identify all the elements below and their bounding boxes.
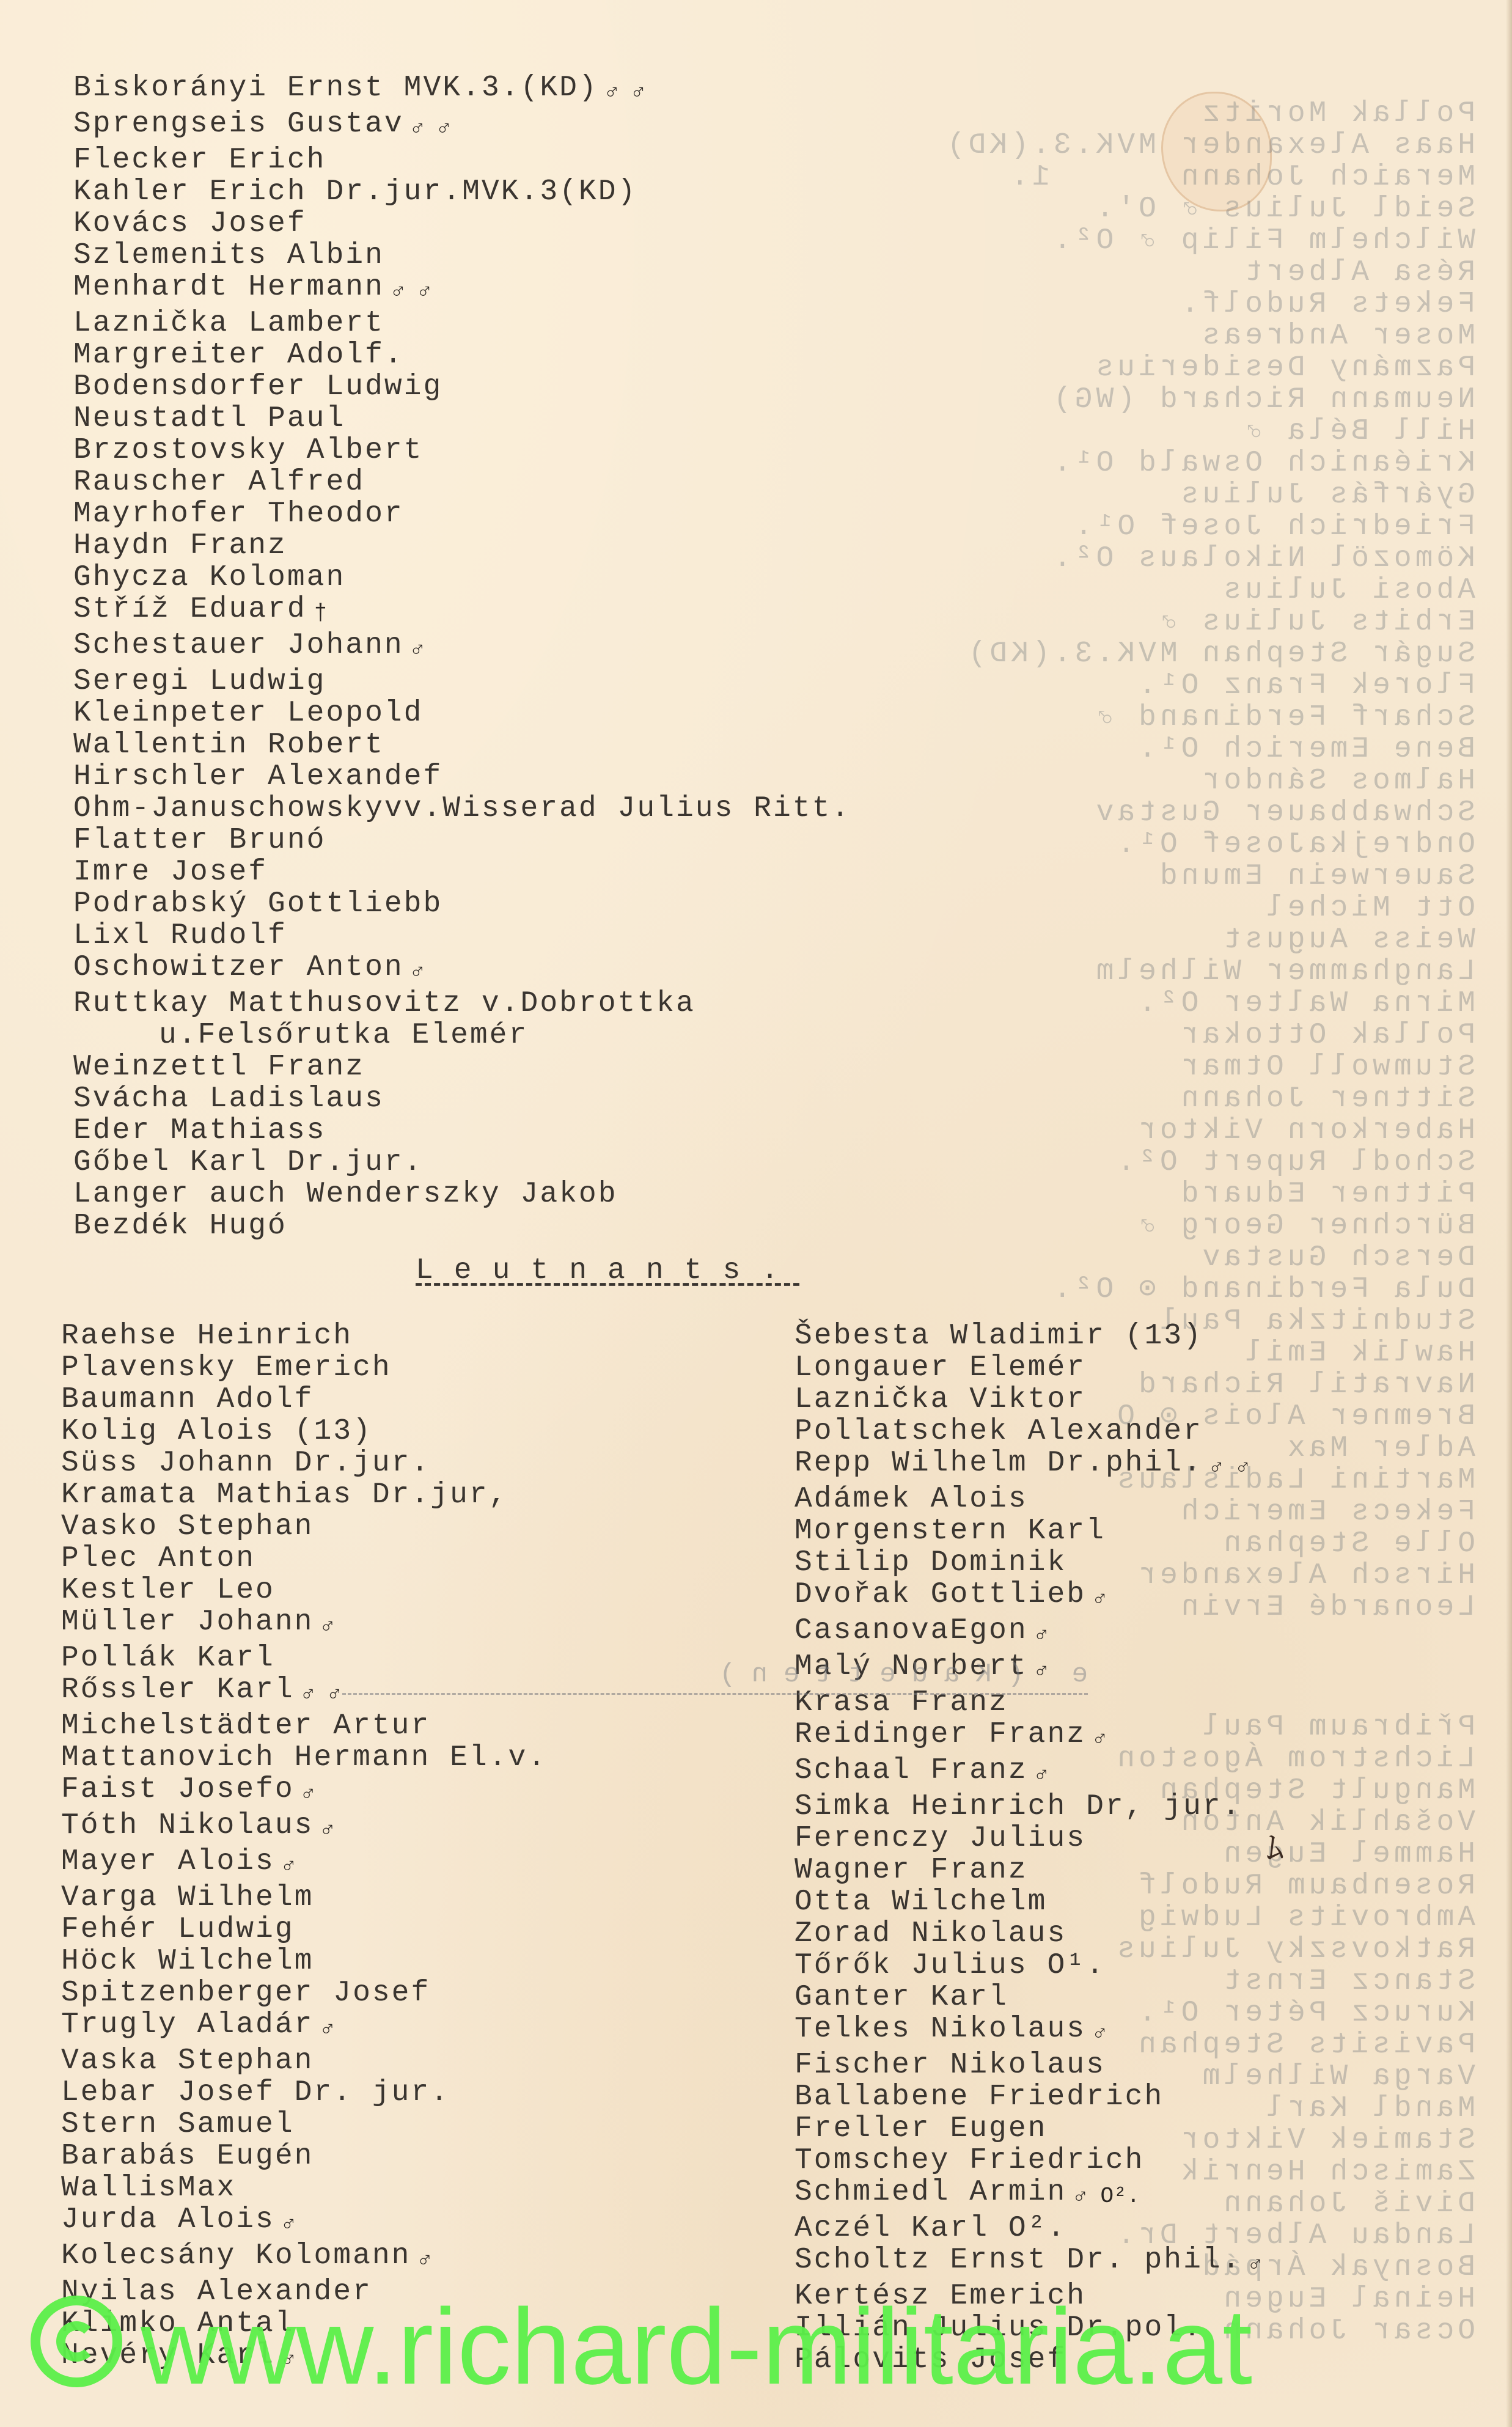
name-entry: Bodensdorfer Ludwig	[73, 371, 851, 403]
entry-name: Seregi Ludwig	[73, 665, 326, 698]
entry-name: Brzostovsky Albert	[73, 434, 423, 467]
entry-name: Podrabský Gottliebb	[73, 887, 442, 920]
entry-name: Stilip Dominik	[795, 1546, 1066, 1579]
name-entry: Mayer Alois♂	[61, 1846, 547, 1882]
name-entry: Ohm-Januschowskyvv.Wisserad Julius Ritt.	[73, 793, 851, 824]
bleedthrough-line: Weiss August	[986, 924, 1475, 956]
name-entry: Zorad Nikolaus	[795, 1918, 1262, 1950]
name-entry: Plavensky Emerich	[61, 1352, 547, 1384]
name-list-upper: Biskorányi Ernst MVK.3.(KD)♂ ♂Sprengseis…	[73, 72, 851, 1242]
name-entry: Raehse Heinrich	[61, 1320, 547, 1352]
fallen-mark-icon: ♂	[321, 1817, 334, 1842]
fallen-mark-icon: ♂ ♂	[411, 116, 451, 141]
name-entry: Margreiter Adolf.	[73, 339, 851, 371]
entry-name: Trugly Aladár	[61, 2008, 314, 2041]
name-entry: Ganter Karl	[795, 1981, 1262, 2013]
name-entry: Stříž Eduard†	[73, 593, 851, 630]
bleedthrough-line: Gyárfás Julius	[986, 479, 1475, 511]
bleedthrough-line: Sugár Stephan MVK.3.(KD)	[986, 638, 1475, 670]
name-entry: Laznička Lambert	[73, 307, 851, 339]
name-entry: Höck Wilchelm	[61, 1945, 547, 1977]
entry-name: Adámek Alois	[795, 1483, 1028, 1516]
name-entry: Müller Johann♂	[61, 1606, 547, 1642]
bleedthrough-line: Kriéanich Oswald O¹.	[986, 447, 1475, 479]
name-entry: Telkes Nikolaus♂	[795, 2013, 1262, 2049]
entry-name: Simka Heinrich Dr, jur.	[795, 1790, 1242, 1823]
entry-name: Svácha Ladislaus	[73, 1082, 384, 1115]
fallen-mark-icon: ♂ O².	[1074, 2184, 1140, 2209]
bleedthrough-line: Wilchelm Filip ♂ O².	[986, 225, 1475, 257]
entry-name: Süss Johann Dr.jur.	[61, 1447, 430, 1480]
watermark: www.richard-militaria.at	[31, 2286, 1510, 2408]
name-entry: Mattanovich Hermann El.v.	[61, 1742, 547, 1774]
name-entry: Weinzettl Franz	[73, 1051, 851, 1083]
name-entry: Kolecsány Kolomann♂	[61, 2240, 547, 2276]
name-entry: Kolig Alois (13)	[61, 1415, 547, 1447]
name-entry: Scholtz Ernst Dr. phil.♂	[795, 2244, 1262, 2280]
name-entry: Adámek Alois	[795, 1483, 1262, 1515]
entry-name: Wagner Franz	[795, 1854, 1028, 1887]
name-entry: Simka Heinrich Dr, jur.	[795, 1791, 1262, 1823]
fallen-mark-icon: ♂	[282, 2211, 296, 2236]
entry-name: Schaal Franz	[795, 1754, 1028, 1787]
bleedthrough-line: Meraich Johann 1.	[986, 161, 1475, 193]
entry-name: Schestauer Johann	[73, 629, 404, 662]
entry-name: Müller Johann	[61, 1606, 314, 1639]
name-entry: Haydn Franz	[73, 530, 851, 562]
entry-name: Tóth Nikolaus	[61, 1809, 314, 1842]
bleedthrough-line: Sittner Johann	[986, 1083, 1475, 1115]
name-entry: Ghycza Koloman	[73, 562, 851, 593]
fallen-mark-icon: ♂ ♂	[302, 1681, 342, 1706]
bleedthrough-line: Pollak Moritz	[986, 98, 1475, 130]
entry-name: Raehse Heinrich	[61, 1320, 353, 1353]
entry-name: Mayrhofer Theodor	[73, 498, 404, 531]
entry-name: u.Felsőrutka Elemér	[159, 1019, 528, 1052]
entry-name: Gőbel Karl Dr.jur.	[73, 1146, 423, 1179]
bleedthrough-line: Pollak Ottokar	[986, 1019, 1475, 1051]
entry-name: Laznička Lambert	[73, 307, 384, 340]
entry-name: Tőrők Julius O¹.	[795, 1949, 1106, 1982]
name-entry: Laznička Viktor	[795, 1384, 1262, 1415]
strike-line	[342, 1693, 1088, 1695]
name-entry: Michelstädter Artur	[61, 1710, 547, 1742]
name-entry: Repp Wilhelm Dr.phil.♂ ♂	[795, 1447, 1262, 1483]
name-entry: Sprengseis Gustav♂ ♂	[73, 108, 851, 144]
entry-name: Telkes Nikolaus	[795, 2013, 1086, 2046]
section-heading-leutnants: Leutnants.	[416, 1254, 799, 1287]
bleedthrough-line: Seidl Julius ♂ O'.	[986, 193, 1475, 225]
entry-name: Höck Wilchelm	[61, 1945, 314, 1978]
entry-name: Ferenczy Julius	[795, 1822, 1086, 1855]
bleedthrough-line: Fekets Rudolf.	[986, 288, 1475, 320]
name-entry: Seregi Ludwig	[73, 666, 851, 697]
name-entry: Morgenstern Karl	[795, 1515, 1262, 1547]
entry-name: Jurda Alois	[61, 2203, 275, 2236]
name-entry: Imre Josef	[73, 856, 851, 888]
bleedthrough-line: Neumann Richard (WG)	[986, 384, 1475, 416]
bleedthrough-line: Erbits Julius ♂	[986, 606, 1475, 638]
name-entry: u.Felsőrutka Elemér	[73, 1019, 851, 1051]
name-entry: Süss Johann Dr.jur.	[61, 1447, 547, 1479]
name-entry: Plec Anton	[61, 1543, 547, 1574]
entry-name: Ballabene Friedrich	[795, 2080, 1164, 2113]
entry-name: Kestler Leo	[61, 1574, 275, 1607]
fallen-mark-icon: ♂ ♂	[392, 279, 431, 304]
name-entry: Menhardt Hermann♂ ♂	[73, 271, 851, 307]
entry-name: Ganter Karl	[795, 1981, 1008, 2014]
entry-name: Aczél Karl O².	[795, 2212, 1066, 2245]
fallen-mark-icon: ♂	[1249, 2252, 1263, 2277]
entry-name: Šebesta Wladimir (13)	[795, 1320, 1203, 1353]
name-entry: Hirschler Alexandef	[73, 761, 851, 793]
bleedthrough-line: Résa Albert	[986, 257, 1475, 288]
name-entry: Vasko Stephan	[61, 1511, 547, 1543]
name-entry: Kramata Mathias Dr.jur,	[61, 1479, 547, 1511]
entry-name: Szlemenits Albin	[73, 239, 384, 272]
entry-name: Bezdék Hugó	[73, 1210, 287, 1243]
name-entry: Longauer Elemér	[795, 1352, 1262, 1384]
name-entry: Gőbel Karl Dr.jur.	[73, 1147, 851, 1178]
name-entry: Pollatschek Alexander	[795, 1415, 1262, 1447]
bleedthrough-line: Mirna Walter O².	[986, 988, 1475, 1019]
entry-name: Laznička Viktor	[795, 1383, 1086, 1416]
entry-name: Kolecsány Kolomann	[61, 2239, 411, 2272]
name-entry: Aczél Karl O².	[795, 2212, 1262, 2244]
fallen-mark-icon: ♂	[1093, 1726, 1107, 1751]
entry-name: Lixl Rudolf	[73, 919, 287, 952]
paper-edge	[1506, 0, 1512, 2427]
fallen-mark-icon: †	[314, 601, 328, 626]
bleedthrough-line: Bürchner Georg ♂	[986, 1210, 1475, 1242]
entry-name: Menhardt Hermann	[73, 271, 384, 304]
leutnants-list-left: Raehse HeinrichPlavensky EmerichBaumann …	[61, 1320, 547, 2376]
name-entry: WallisMax	[61, 2172, 547, 2204]
watermark-text: www.richard-militaria.at	[141, 2287, 1252, 2407]
entry-name: Ohm-Januschowskyvv.Wisserad Julius Ritt.	[73, 792, 851, 825]
bleedthrough-line: Schwabbauer Gustav	[986, 797, 1475, 829]
name-entry: Tőrők Julius O¹.	[795, 1950, 1262, 1981]
entry-name: Lebar Josef Dr. jur.	[61, 2076, 450, 2109]
fallen-mark-icon: ♂	[321, 2016, 334, 2041]
entry-name: Stern Samuel	[61, 2108, 295, 2141]
name-entry: Fischer Nikolaus	[795, 2049, 1262, 2081]
entry-name: Kleinpeter Leopold	[73, 697, 423, 730]
entry-name: Wallentin Robert	[73, 729, 384, 762]
name-entry: Jurda Alois♂	[61, 2204, 547, 2240]
name-entry: Kahler Erich Dr.jur.MVK.3(KD)	[73, 176, 851, 208]
bleedthrough-line: Dersch Gustav	[986, 1242, 1475, 1274]
name-entry: Lebar Josef Dr. jur.	[61, 2077, 547, 2109]
fallen-mark-icon: ♂ ♂	[1210, 1455, 1250, 1480]
bleedthrough-line: Kömozöl Nikolaus O².	[986, 543, 1475, 575]
name-entry: Barabás Eugén	[61, 2140, 547, 2172]
entry-name: Kovács Josef	[73, 207, 307, 240]
bleedthrough-line: Friedrich Josef O¹.	[986, 511, 1475, 543]
bleedthrough-line: Florek Franz O¹.	[986, 670, 1475, 702]
entry-name: Neustadtl Paul	[73, 402, 345, 435]
bleedthrough-line: Bene Emerich O¹.	[986, 733, 1475, 765]
fallen-mark-icon: ♂ ♂	[606, 79, 645, 105]
entry-name: Pollatschek Alexander	[795, 1415, 1203, 1448]
copyright-icon	[31, 2296, 122, 2387]
entry-name: Hirschler Alexandef	[73, 760, 442, 793]
fallen-mark-icon: ♂	[302, 1781, 315, 1806]
bleedthrough-line: Schodl Rupert O².	[986, 1147, 1475, 1178]
name-entry: Flatter Brunó	[73, 824, 851, 856]
entry-name: Oschowitzer Anton	[73, 951, 404, 984]
entry-name: Freller Eugen	[795, 2112, 1047, 2145]
entry-name: Langer auch Wenderszky Jakob	[73, 1178, 618, 1211]
name-entry: Rauscher Alfred	[73, 466, 851, 498]
name-entry: Podrabský Gottliebb	[73, 888, 851, 920]
bleedthrough-line: Haberkorn Viktor	[986, 1115, 1475, 1147]
name-entry: Dvořak Gottlieb♂	[795, 1579, 1262, 1615]
name-entry: Neustadtl Paul	[73, 403, 851, 435]
name-entry: CasanovaEgon♂	[795, 1615, 1262, 1651]
entry-name: Longauer Elemér	[795, 1351, 1086, 1384]
entry-name: Imre Josef	[73, 856, 268, 889]
name-entry: Wallentin Robert	[73, 729, 851, 761]
entry-name: Faist Josefo	[61, 1773, 295, 1806]
name-entry: Eder Mathiass	[73, 1115, 851, 1147]
fallen-mark-icon: ♂	[411, 637, 425, 662]
struck-heading-kadetten: e (Kadetten)	[354, 1659, 1088, 1690]
entry-name: Rőssler Karl	[61, 1673, 295, 1706]
name-entry: Mayrhofer Theodor	[73, 498, 851, 530]
bleedthrough-line: Pazmány Desiderius	[986, 352, 1475, 384]
entry-name: Kahler Erich Dr.jur.MVK.3(KD)	[73, 175, 637, 208]
entry-name: Biskorányi Ernst MVK.3.(KD)	[73, 72, 598, 105]
name-entry: Baumann Adolf	[61, 1384, 547, 1415]
entry-name: Plavensky Emerich	[61, 1351, 392, 1384]
entry-name: Mayer Alois	[61, 1845, 275, 1878]
bleedthrough-line: Stumwoll Otmar	[986, 1051, 1475, 1083]
name-entry: Varga Wilhelm	[61, 1882, 547, 1914]
entry-name: Stříž Eduard	[73, 593, 307, 626]
entry-name: Pollák Karl	[61, 1642, 275, 1675]
fallen-mark-icon: ♂	[282, 1853, 296, 1878]
bleedthrough-line: Ott Michel	[986, 892, 1475, 924]
entry-name: Spitzenberger Josef	[61, 1977, 430, 2010]
name-entry: Krasa Franz	[795, 1687, 1262, 1719]
name-entry: Schaal Franz♂	[795, 1755, 1262, 1791]
entry-name: Kolig Alois (13)	[61, 1415, 372, 1448]
name-entry: Stern Samuel	[61, 2109, 547, 2140]
name-entry: Vaska Stephan	[61, 2045, 547, 2077]
entry-name: Morgenstern Karl	[795, 1515, 1106, 1548]
bleedthrough-line: Hill Béla ♂	[986, 416, 1475, 447]
name-entry: Brzostovsky Albert	[73, 435, 851, 466]
fallen-mark-icon: ♂	[411, 959, 425, 984]
name-entry: Biskorányi Ernst MVK.3.(KD)♂ ♂	[73, 72, 851, 108]
entry-name: Otta Wilchelm	[795, 1885, 1047, 1918]
entry-name: Dvořak Gottlieb	[795, 1578, 1086, 1611]
name-entry: Tomschey Friedrich	[795, 2145, 1262, 2176]
entry-name: Mattanovich Hermann El.v.	[61, 1741, 547, 1774]
name-entry: Freller Eugen	[795, 2113, 1262, 2145]
entry-name: Fischer Nikolaus	[795, 2049, 1106, 2082]
name-entry: Trugly Aladár♂	[61, 2009, 547, 2045]
name-entry: Flecker Erich	[73, 144, 851, 176]
entry-name: Varga Wilhelm	[61, 1881, 314, 1914]
entry-name: Tomschey Friedrich	[795, 2144, 1144, 2177]
name-entry: Langer auch Wenderszky Jakob	[73, 1178, 851, 1210]
bleedthrough-line: Haas Alexander MVK.3.(KD)	[986, 130, 1475, 161]
name-entry: Bezdék Hugó	[73, 1210, 851, 1242]
name-entry: Reidinger Franz♂	[795, 1719, 1262, 1755]
entry-name: Bodensdorfer Ludwig	[73, 370, 442, 403]
name-entry: Otta Wilchelm	[795, 1886, 1262, 1918]
name-entry: Kleinpeter Leopold	[73, 697, 851, 729]
name-entry: Lixl Rudolf	[73, 920, 851, 952]
name-entry: Faist Josefo♂	[61, 1774, 547, 1810]
entry-name: Haydn Franz	[73, 529, 287, 562]
entry-name: Schmiedl Armin	[795, 2176, 1066, 2209]
bleedthrough-line: Sauerwein Emund	[986, 861, 1475, 892]
entry-name: WallisMax	[61, 2172, 236, 2205]
entry-name: CasanovaEgon	[795, 1614, 1028, 1647]
name-entry: Stilip Dominik	[795, 1547, 1262, 1579]
bleedthrough-line: Scharf Ferdinand ♂	[986, 702, 1475, 733]
bleedthrough-line: OndrejkaJosef O¹.	[986, 829, 1475, 861]
entry-name: Sprengseis Gustav	[73, 108, 404, 141]
name-entry: Wagner Franz	[795, 1854, 1262, 1886]
entry-name: Flecker Erich	[73, 144, 326, 177]
fallen-mark-icon: ♂	[1093, 1586, 1107, 1611]
entry-name: Scholtz Ernst Dr. phil.	[795, 2244, 1242, 2277]
bleedthrough-line: Moser Andreas	[986, 320, 1475, 352]
entry-name: Vaska Stephan	[61, 2044, 314, 2077]
name-entry: Ruttkay Matthusovitz v.Dobrottka	[73, 988, 851, 1019]
fallen-mark-icon: ♂	[321, 1614, 334, 1639]
entry-name: Zorad Nikolaus	[795, 1917, 1066, 1950]
entry-name: Barabás Eugén	[61, 2140, 314, 2173]
entry-name: Vasko Stephan	[61, 1510, 314, 1543]
entry-name: Ghycza Koloman	[73, 561, 345, 594]
name-entry: Schestauer Johann♂	[73, 630, 851, 666]
name-entry: Kovács Josef	[73, 208, 851, 240]
fallen-mark-icon: ♂	[418, 2247, 431, 2272]
name-entry: Tóth Nikolaus♂	[61, 1810, 547, 1846]
entry-name: Margreiter Adolf.	[73, 339, 404, 372]
leutnants-list-right: Šebesta Wladimir (13)Longauer ElemérLazn…	[795, 1320, 1262, 2376]
name-entry: Kestler Leo	[61, 1574, 547, 1606]
entry-name: Ruttkay Matthusovitz v.Dobrottka	[73, 987, 695, 1020]
fallen-mark-icon: ♂	[1035, 1622, 1049, 1647]
name-entry: Spitzenberger Josef	[61, 1977, 547, 2009]
name-entry: Oschowitzer Anton♂	[73, 952, 851, 988]
name-entry: Ferenczy Julius	[795, 1823, 1262, 1854]
name-entry: Šebesta Wladimir (13)	[795, 1320, 1262, 1352]
entry-name: Eder Mathiass	[73, 1114, 326, 1147]
entry-name: Plec Anton	[61, 1542, 255, 1575]
bleedthrough-line: Pittner Eduard	[986, 1178, 1475, 1210]
entry-name: Michelstädter Artur	[61, 1709, 430, 1742]
entry-name: Weinzettl Franz	[73, 1051, 365, 1084]
fallen-mark-icon: ♂	[1035, 1762, 1049, 1787]
entry-name: Fehér Ludwig	[61, 1913, 295, 1946]
entry-name: Reidinger Franz	[795, 1718, 1086, 1751]
name-entry: Svácha Ladislaus	[73, 1083, 851, 1115]
bleedthrough-line: Dula Ferdinand ⊙ O².	[986, 1274, 1475, 1305]
name-entry: Schmiedl Armin♂ O².	[795, 2176, 1262, 2212]
bleedthrough-line: Langhammer Wilhelm	[986, 956, 1475, 988]
entry-name: Rauscher Alfred	[73, 466, 365, 499]
entry-name: Baumann Adolf	[61, 1383, 314, 1416]
name-entry: Fehér Ludwig	[61, 1914, 547, 1945]
entry-name: Repp Wilhelm Dr.phil.	[795, 1447, 1203, 1480]
bleedthrough-line: Halmos Sándor	[986, 765, 1475, 797]
name-entry: Szlemenits Albin	[73, 240, 851, 271]
bleedthrough-line: Abosi Julius	[986, 575, 1475, 606]
entry-name: Flatter Brunó	[73, 824, 326, 857]
entry-name: Krasa Franz	[795, 1686, 1008, 1719]
name-entry: Ballabene Friedrich	[795, 2081, 1262, 2113]
entry-name: Kramata Mathias Dr.jur,	[61, 1478, 508, 1511]
fallen-mark-icon: ♂	[1093, 2021, 1107, 2046]
